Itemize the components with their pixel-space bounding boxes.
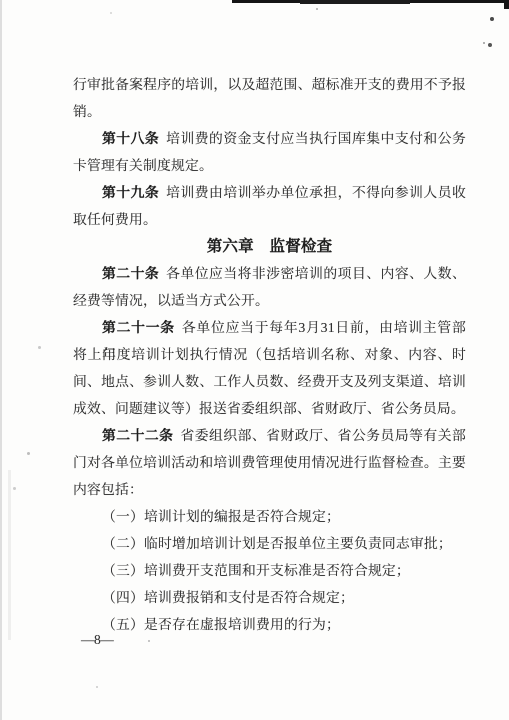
- line-text: 培训费的资金支付应当执行国库集中支付和公务: [166, 131, 466, 146]
- line-text: （三）培训费开支范围和开支标准是否符合规定；: [102, 563, 410, 578]
- scan-artifact-speck: [488, 43, 492, 47]
- line-text: （二）临时增加培训计划是否报单位主要负责同志审批；: [102, 536, 452, 551]
- text-line: 行审批备案程序的培训，以及超范围、超标准开支的费用不予报: [73, 71, 466, 98]
- scan-artifact-left-edge: [0, 0, 2, 720]
- scan-artifact-top-edge-line: [232, 0, 509, 3]
- scan-artifact-top-edge-line: [300, 0, 410, 4]
- text-line: 内容包括：: [73, 476, 466, 503]
- scan-artifact-speck: [110, 12, 112, 14]
- line-text: 行审批备案程序的培训，以及超范围、超标准开支的费用不予报: [73, 77, 466, 92]
- line-text: 省委组织部、省财政厅、省公务员局等有关部: [180, 428, 466, 443]
- text-line: 第二十二条省委组织部、省财政厅、省公务员局等有关部: [73, 422, 466, 449]
- text-line: 将上年度培训计划执行情况（包括培训名称、对象、内容、时: [73, 341, 466, 368]
- text-line: 卡管理有关制度规定。: [73, 152, 466, 179]
- text-line: 第二十条各单位应当将非涉密培训的项目、内容、人数、: [73, 260, 466, 287]
- line-text: 各单位应当将非涉密培训的项目、内容、人数、: [166, 266, 466, 281]
- text-line: 经费等情况，以适当方式公开。: [73, 287, 466, 314]
- article-number: 第二十一条: [102, 320, 175, 335]
- text-line: 第二十一条各单位应当于每年3月31日前，由培训主管部门: [73, 314, 466, 341]
- document-body: 行审批备案程序的培训，以及超范围、超标准开支的费用不予报销。第十八条培训费的资金…: [73, 71, 466, 638]
- scan-artifact-speck: [483, 42, 485, 44]
- text-line: 门对各单位培训活动和培训费管理使用情况进行监督检查。主要: [73, 449, 466, 476]
- line-text: 卡管理有关制度规定。: [73, 158, 213, 173]
- scan-artifact-speck: [316, 8, 318, 10]
- scan-artifact-speck: [490, 17, 494, 21]
- text-line: 间、地点、参训人数、工作人员数、经费开支及列支渠道、培训: [73, 368, 466, 395]
- text-line: 成效、问题建议等）报送省委组织部、省财政厅、省公务员局。: [73, 395, 466, 422]
- line-text: 门对各单位培训活动和培训费管理使用情况进行监督检查。主要: [73, 455, 466, 470]
- text-line: （五）是否存在虚报培训费用的行为；: [73, 611, 466, 638]
- chapter-heading: 第六章 监督检查: [73, 233, 466, 260]
- line-text: 培训费由培训举办单位承担，不得向参训人员收: [166, 185, 466, 200]
- line-text: （一）培训计划的编报是否符合规定；: [102, 509, 340, 524]
- scan-artifact-corner-mark: [504, 0, 509, 9]
- article-number: 第二十二条: [102, 428, 173, 443]
- scan-artifact-speck: [148, 640, 150, 642]
- line-text: 经费等情况，以适当方式公开。: [73, 293, 269, 308]
- text-line: 销。: [73, 98, 466, 125]
- page-number: —8—: [81, 632, 113, 648]
- article-number: 第二十条: [102, 266, 159, 281]
- text-line: 第十八条培训费的资金支付应当执行国库集中支付和公务: [73, 125, 466, 152]
- scan-artifact-speck: [96, 686, 98, 688]
- article-number: 第十八条: [102, 131, 159, 146]
- line-text: 间、地点、参训人数、工作人员数、经费开支及列支渠道、培训: [73, 374, 466, 389]
- scan-artifact-speck: [27, 452, 30, 455]
- line-text: （四）培训费报销和支付是否符合规定；: [102, 590, 354, 605]
- line-text: 销。: [73, 104, 101, 119]
- document-page: 行审批备案程序的培训，以及超范围、超标准开支的费用不予报销。第十八条培训费的资金…: [0, 0, 509, 720]
- text-line: 取任何费用。: [73, 206, 466, 233]
- scan-artifact-speck: [38, 346, 41, 349]
- line-text: 成效、问题建议等）报送省委组织部、省财政厅、省公务员局。: [73, 401, 465, 416]
- scan-artifact-speck: [13, 487, 16, 490]
- scan-artifact-left-strip: [8, 470, 11, 640]
- line-text: 内容包括：: [73, 482, 143, 497]
- text-line: （三）培训费开支范围和开支标准是否符合规定；: [73, 557, 466, 584]
- text-line: （四）培训费报销和支付是否符合规定；: [73, 584, 466, 611]
- line-text: 第六章 监督检查: [207, 238, 333, 255]
- line-text: 将上年度培训计划执行情况（包括培训名称、对象、内容、时: [73, 347, 466, 362]
- text-line: 第十九条培训费由培训举办单位承担，不得向参训人员收: [73, 179, 466, 206]
- text-line: （二）临时增加培训计划是否报单位主要负责同志审批；: [73, 530, 466, 557]
- line-text: （五）是否存在虚报培训费用的行为；: [102, 617, 340, 632]
- article-number: 第十九条: [102, 185, 159, 200]
- line-text: 取任何费用。: [73, 212, 157, 227]
- text-line: （一）培训计划的编报是否符合规定；: [73, 503, 466, 530]
